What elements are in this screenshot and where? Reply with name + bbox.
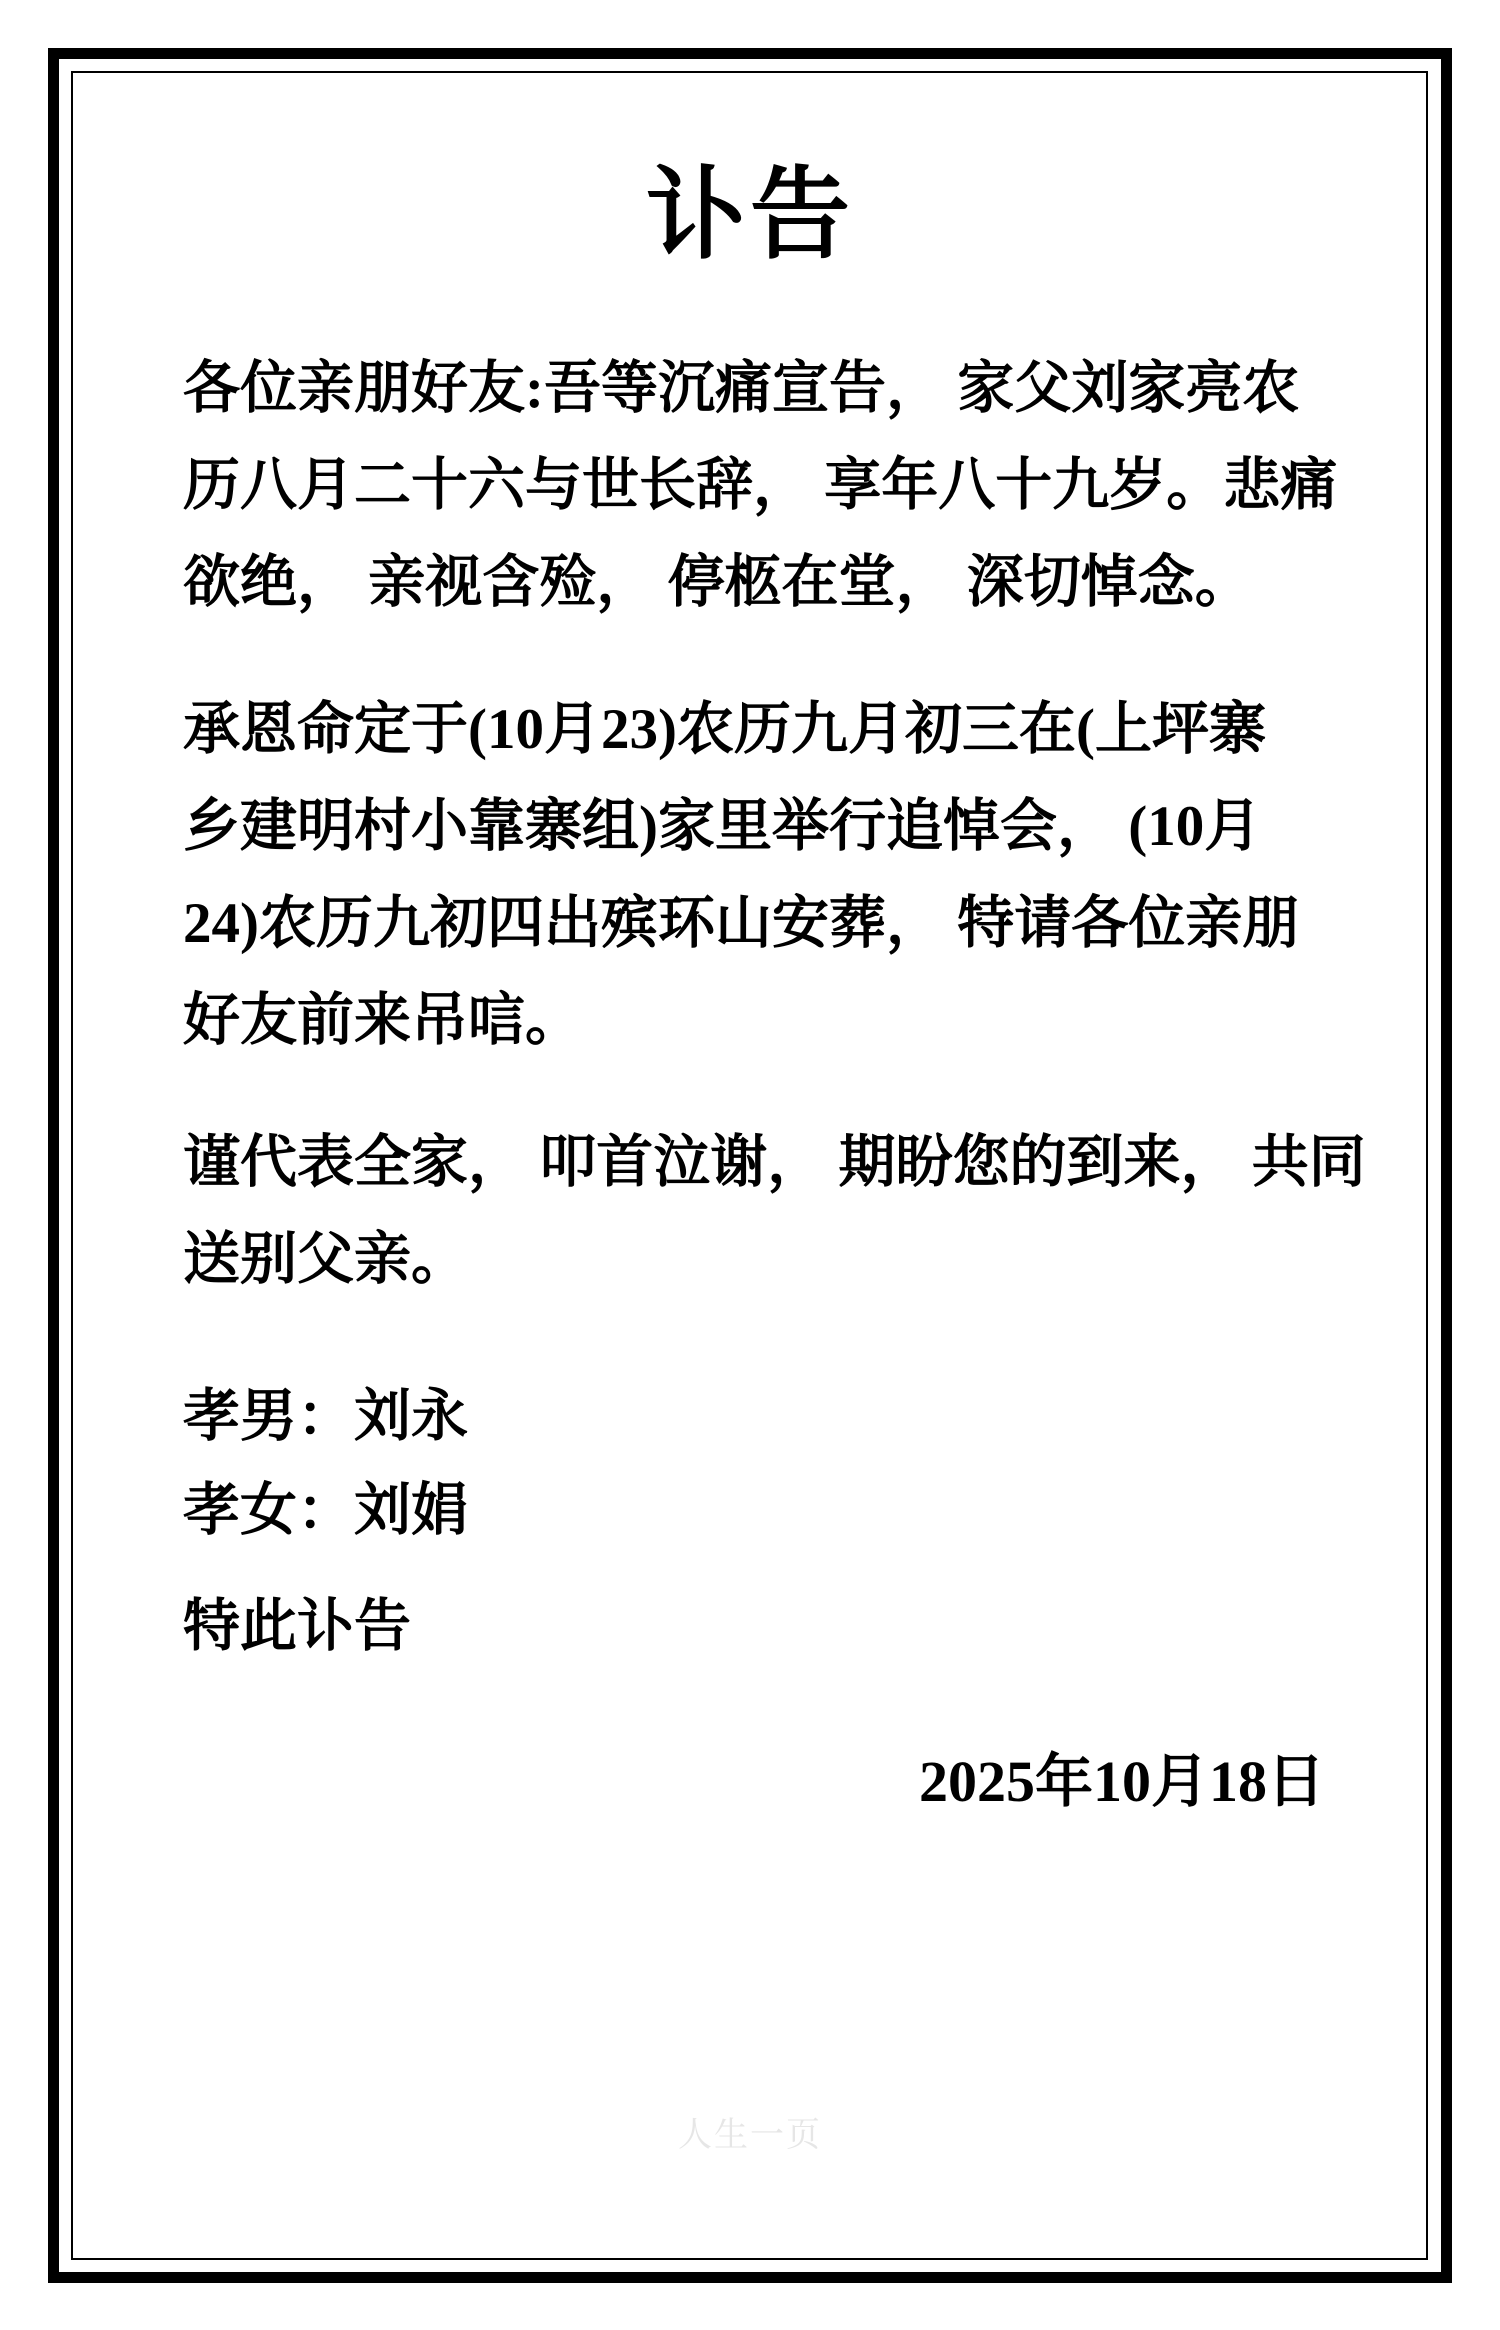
signature-son: 孝男：刘永 xyxy=(183,1370,1400,1464)
notice-line: 欲绝， 亲视含殓， 停柩在堂， 深切悼念。 xyxy=(183,534,1400,631)
notice-line: 送别父亲。 xyxy=(183,1211,1400,1308)
obituary-page: 讣告 各位亲朋好友:吾等沉痛宣告， 家父刘家亮农 历八月二十六与世长辞， 享年八… xyxy=(0,0,1500,2330)
notice-line: 好友前来吊唁。 xyxy=(183,972,1400,1069)
notice-line: 各位亲朋好友:吾等沉痛宣告， 家父刘家亮农 xyxy=(183,340,1400,437)
notice-line: 承恩命定于(10月23)农历九月初三在(上坪寨 xyxy=(183,681,1400,778)
paragraph-arrangements: 承恩命定于(10月23)农历九月初三在(上坪寨 乡建明村小靠寨组)家里举行追悼会… xyxy=(183,681,1400,1069)
closing-statement: 特此讣告 xyxy=(183,1578,1400,1675)
signatures: 孝男：刘永 孝女：刘娟 xyxy=(183,1370,1400,1558)
signature-daughter: 孝女：刘娟 xyxy=(183,1464,1400,1558)
paragraph-announcement: 各位亲朋好友:吾等沉痛宣告， 家父刘家亮农 历八月二十六与世长辞， 享年八十九岁… xyxy=(183,340,1400,631)
date-line: 2025年10月18日 xyxy=(183,1733,1400,1830)
notice-body: 各位亲朋好友:吾等沉痛宣告， 家父刘家亮农 历八月二十六与世长辞， 享年八十九岁… xyxy=(183,340,1400,1830)
notice-title: 讣告 xyxy=(0,160,1500,270)
notice-line: 24)农历九初四出殡环山安葬， 特请各位亲朋 xyxy=(183,875,1400,972)
notice-line: 谨代表全家， 叩首泣谢， 期盼您的到来， 共同 xyxy=(183,1114,1400,1211)
notice-line: 乡建明村小靠寨组)家里举行追悼会， (10月 xyxy=(183,778,1400,875)
paragraph-gratitude: 谨代表全家， 叩首泣谢， 期盼您的到来， 共同 送别父亲。 xyxy=(183,1114,1400,1308)
watermark-text: 人生一页 xyxy=(0,2112,1500,2160)
notice-line: 历八月二十六与世长辞， 享年八十九岁。悲痛 xyxy=(183,437,1400,534)
